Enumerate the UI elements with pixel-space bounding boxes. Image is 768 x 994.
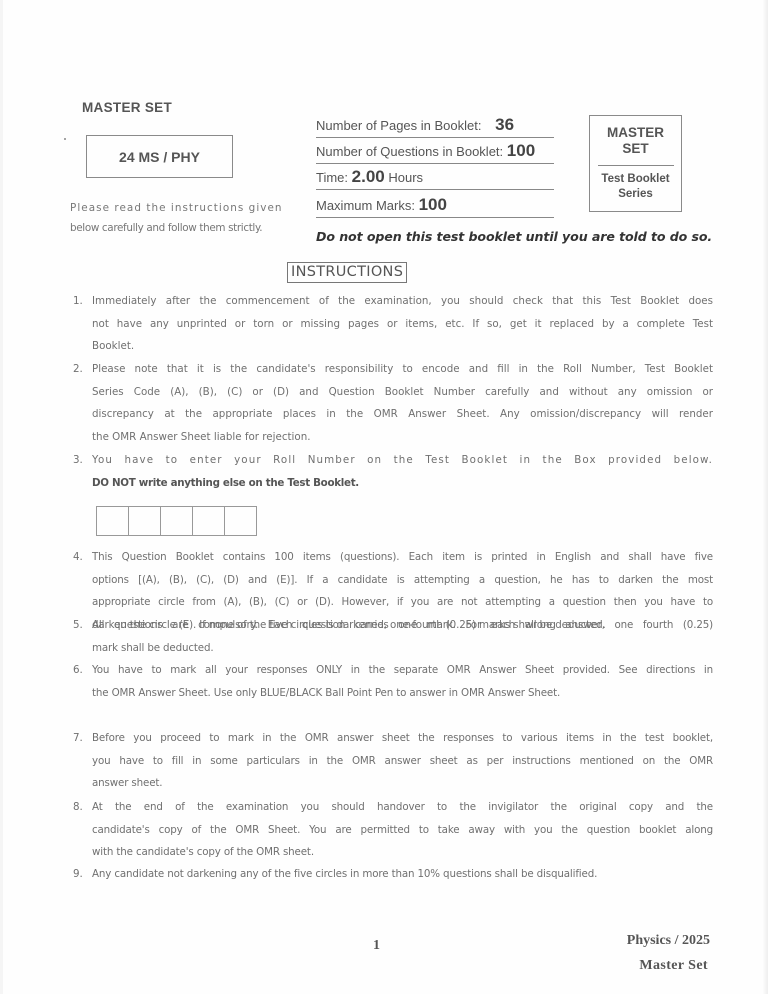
item-number: 1. (73, 290, 83, 313)
item-line: You have to mark all your responses ONLY… (92, 659, 713, 682)
roll-number-cell[interactable] (161, 507, 193, 535)
roll-number-box[interactable] (96, 506, 257, 536)
item-line: appropriate circle from (A), (B), (C) or… (92, 591, 713, 614)
footer-subject: Physics / 2025 (627, 933, 710, 949)
do-not-write-notice: DO NOT write anything else on the Test B… (92, 472, 713, 495)
set-label: MASTER SET (82, 100, 172, 115)
item-line: discrepancy at the appropriate places in… (92, 403, 713, 426)
item-number: 8. (73, 796, 83, 819)
pages-label: Number of Pages in Booklet: (316, 118, 481, 133)
item-line: Please note that it is the candidate's r… (92, 358, 713, 381)
read-note-line-1: Please read the instructions given (70, 198, 298, 218)
item-number: 4. (73, 546, 83, 569)
item-number: 7. (73, 727, 83, 750)
pages-in-booklet-row: Number of Pages in Booklet: 36 (316, 113, 554, 138)
roll-number-cell[interactable] (225, 507, 256, 535)
instruction-item: 3. You have to enter your Roll Number on… (73, 449, 713, 494)
item-line: At the end of the examination you should… (92, 796, 713, 819)
item-line: the OMR Answer Sheet liable for rejectio… (92, 426, 713, 449)
instruction-item: 2. Please note that it is the candidate'… (73, 358, 713, 448)
item-line: not have any unprinted or torn or missin… (92, 313, 713, 336)
item-number: 9. (73, 863, 83, 886)
questions-value: 100 (507, 141, 535, 160)
series-divider (598, 165, 674, 166)
instruction-item: 1. Immediately after the commencement of… (73, 290, 713, 358)
read-instructions-note: Please read the instructions given below… (70, 198, 298, 238)
page-edge-left (0, 0, 3, 994)
maximum-marks-row: Maximum Marks: 100 (316, 193, 554, 218)
instruction-item: 9. Any candidate not darkening any of th… (73, 863, 713, 886)
page-edge-right (762, 0, 768, 994)
item-line: Any candidate not darkening any of the f… (92, 863, 713, 886)
pages-value: 36 (495, 115, 514, 134)
do-not-open-warning: Do not open this test booklet until you … (316, 229, 712, 244)
questions-label: Number of Questions in Booklet: (316, 144, 503, 159)
item-line: All questions are compulsory. Each quest… (92, 614, 713, 637)
item-line: Booklet. (92, 335, 713, 358)
item-line: candidate's copy of the OMR Sheet. You a… (92, 819, 713, 842)
time-label: Time: (316, 170, 348, 185)
instruction-item: 8. At the end of the examination you sho… (73, 796, 713, 864)
item-number: 3. (73, 449, 83, 472)
roll-number-cell[interactable] (193, 507, 225, 535)
item-line: answer sheet. (92, 772, 713, 795)
roll-number-cell[interactable] (129, 507, 161, 535)
item-line: you have to fill in some particulars in … (92, 750, 713, 773)
marks-value: 100 (419, 195, 447, 214)
item-line: with the candidate's copy of the OMR she… (92, 841, 713, 864)
instruction-item: 5. All questions are compulsory. Each qu… (73, 614, 713, 659)
time-unit: Hours (388, 170, 423, 185)
test-booklet-series-box: MASTER SET Test Booklet Series (589, 115, 682, 212)
scan-speck (64, 138, 66, 140)
booklet-page: MASTER SET 24 MS / PHY Please read the i… (0, 0, 768, 994)
time-value: 2.00 (352, 167, 385, 186)
series-line-2: SET (590, 141, 681, 157)
item-line: You have to enter your Roll Number on th… (92, 449, 713, 472)
series-line-3: Test Booklet (590, 172, 681, 187)
paper-code-box: 24 MS / PHY (86, 135, 233, 178)
instructions-heading: INSTRUCTIONS (287, 262, 407, 283)
marks-label: Maximum Marks: (316, 198, 415, 213)
item-line: Immediately after the commencement of th… (92, 290, 713, 313)
item-number: 2. (73, 358, 83, 381)
item-line: Before you proceed to mark in the OMR an… (92, 727, 713, 750)
page-number: 1 (373, 938, 380, 954)
read-note-line-2: below carefully and follow them strictly… (70, 218, 298, 238)
questions-in-booklet-row: Number of Questions in Booklet: 100 (316, 139, 554, 164)
item-number: 5. (73, 614, 83, 637)
instruction-item: 7. Before you proceed to mark in the OMR… (73, 727, 713, 795)
series-line-1: MASTER (590, 125, 681, 141)
item-line: Series Code (A), (B), (C) or (D) and Que… (92, 381, 713, 404)
series-line-4: Series (590, 187, 681, 202)
paper-code: 24 MS / PHY (119, 149, 200, 165)
roll-number-cell[interactable] (97, 507, 129, 535)
item-line: options [(A), (B), (C), (D) and (E)]. If… (92, 569, 713, 592)
footer-set: Master Set (639, 958, 708, 974)
item-line: the OMR Answer Sheet. Use only BLUE/BLAC… (92, 682, 713, 705)
item-line: mark shall be deducted. (92, 637, 713, 660)
item-number: 6. (73, 659, 83, 682)
item-line: This Question Booklet contains 100 items… (92, 546, 713, 569)
time-row: Time: 2.00 Hours (316, 165, 554, 190)
instruction-item: 6. You have to mark all your responses O… (73, 659, 713, 704)
